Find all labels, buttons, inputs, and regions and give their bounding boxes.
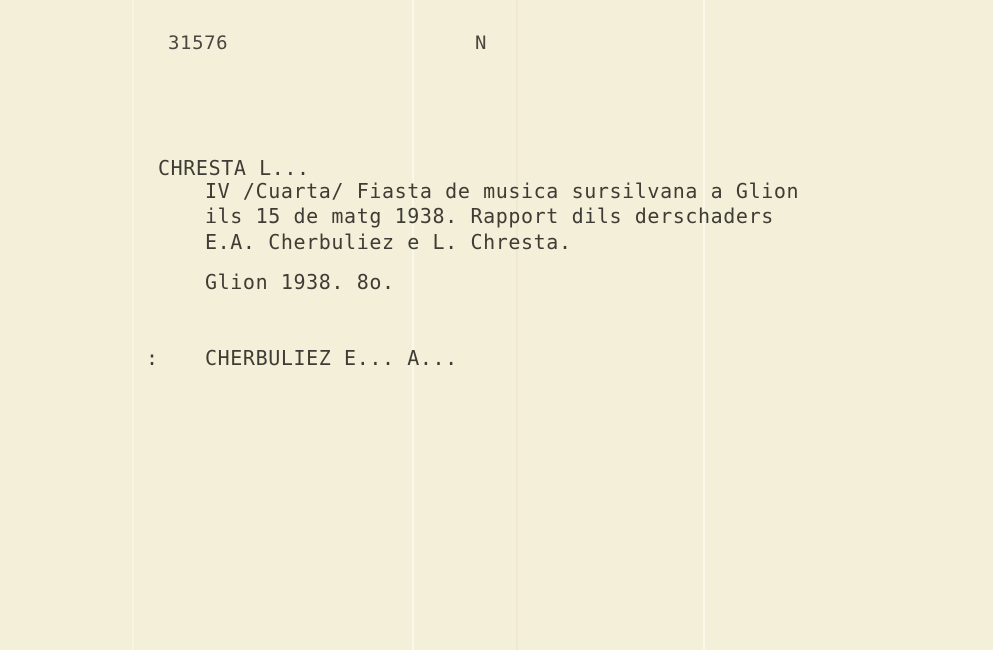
added-entry-marker: : (146, 348, 159, 368)
title-line: ils 15 de matg 1938. Rapport dils dersch… (205, 206, 774, 226)
imprint: Glion 1938. 8o. (205, 272, 395, 292)
added-entry: CHERBULIEZ E... A... (205, 348, 458, 368)
catalog-card: 31576 N CHRESTA L... IV /Cuarta/ Fiasta … (0, 0, 993, 650)
paper-texture-line (516, 0, 518, 650)
author-heading: CHRESTA L... (158, 158, 310, 178)
title-line: IV /Cuarta/ Fiasta de musica sursilvana … (205, 181, 799, 201)
letter-code: N (475, 34, 487, 53)
paper-texture-line (412, 0, 414, 650)
paper-texture-line (703, 0, 705, 650)
title-line: E.A. Cherbuliez e L. Chresta. (205, 232, 572, 252)
call-number: 31576 (168, 34, 228, 53)
paper-texture-line (132, 0, 134, 650)
